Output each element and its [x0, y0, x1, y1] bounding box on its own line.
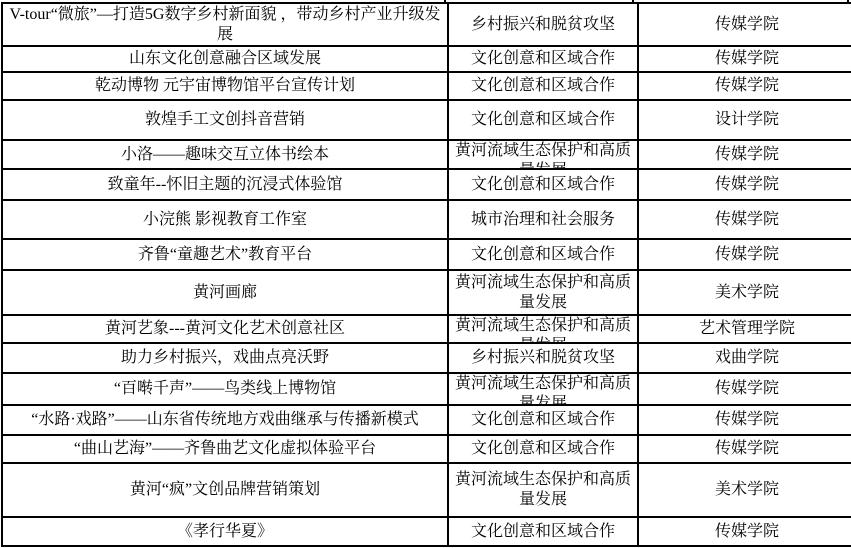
project-name: “水路·戏路”——山东省传统地方戏曲继承与传播新模式 — [31, 410, 419, 430]
project-name: V-tour“微旅”—打造5G数字乡村新面貌 ，带动乡村产业升级发展 — [5, 5, 445, 45]
project-cell: 黄河“疯”文创品牌营销策划 — [2, 463, 448, 517]
college-cell: 传媒学院 — [638, 46, 851, 72]
category-cell: 文化创意和区域合作 — [448, 435, 638, 463]
project-name: “曲山艺海”——齐鲁曲艺文化虚拟体验平台 — [74, 439, 376, 459]
category-cell: 文化创意和区域合作 — [448, 405, 638, 435]
college-cell: 传媒学院 — [638, 239, 851, 270]
college-label: 美术学院 — [715, 283, 779, 303]
college-label: 美术学院 — [715, 480, 779, 500]
table-row: 山东文化创意融合区域发展 文化创意和区域合作 传媒学院 — [2, 46, 851, 72]
category-label: 文化创意和区域合作 — [471, 522, 615, 542]
project-cell: 黄河艺象---黄河文化艺术创意社区 — [2, 315, 448, 343]
project-name: 黄河画廊 — [193, 283, 257, 303]
table-row: “水路·戏路”——山东省传统地方戏曲继承与传播新模式 文化创意和区域合作 传媒学… — [2, 405, 851, 435]
project-name: 齐鲁“童趣艺术”教育平台 — [138, 245, 312, 265]
category-label: 乡村振兴和脱贫攻坚 — [471, 348, 615, 368]
table-row: 《孝行华夏》 文化创意和区域合作 传媒学院 — [2, 517, 851, 546]
category-cell: 城市治理和社会服务 — [448, 200, 638, 239]
college-cell: 传媒学院 — [638, 517, 851, 546]
project-cell: 齐鲁“童趣艺术”教育平台 — [2, 239, 448, 270]
table-row: 敦煌手工文创抖音营销 文化创意和区域合作 设计学院 — [2, 100, 851, 140]
category-cell: 黄河流域生态保护和高质量发展 — [448, 463, 638, 517]
college-label: 传媒学院 — [715, 210, 779, 230]
category-label: 文化创意和区域合作 — [471, 175, 615, 195]
category-cell: 文化创意和区域合作 — [448, 100, 638, 140]
project-name: “百啭千声”——鸟类线上博物馆 — [114, 379, 336, 399]
table-row: 小浣熊 影视教育工作室 城市治理和社会服务 传媒学院 — [2, 200, 851, 239]
project-name: 小洛——趣味交互立体书绘本 — [121, 145, 329, 165]
college-label: 传媒学院 — [715, 522, 779, 542]
category-label: 文化创意和区域合作 — [471, 76, 615, 96]
project-cell: 致童年--怀旧主题的沉浸式体验馆 — [2, 169, 448, 200]
project-name: 黄河艺象---黄河文化艺术创意社区 — [105, 319, 345, 339]
project-cell: “百啭千声”——鸟类线上博物馆 — [2, 373, 448, 405]
college-label: 传媒学院 — [715, 379, 779, 399]
college-cell: 传媒学院 — [638, 3, 851, 46]
college-label: 传媒学院 — [715, 49, 779, 69]
project-name: 致童年--怀旧主题的沉浸式体验馆 — [108, 175, 343, 195]
category-cell: 文化创意和区域合作 — [448, 239, 638, 270]
college-cell: 传媒学院 — [638, 435, 851, 463]
project-cell: 山东文化创意融合区域发展 — [2, 46, 448, 72]
project-cell: 黄河画廊 — [2, 270, 448, 315]
table-row: 黄河画廊 黄河流域生态保护和高质量发展 美术学院 — [2, 270, 851, 315]
category-label: 乡村振兴和脱贫攻坚 — [471, 15, 615, 35]
college-cell: 美术学院 — [638, 270, 851, 315]
college-label: 传媒学院 — [715, 15, 779, 35]
category-cell: 文化创意和区域合作 — [448, 169, 638, 200]
table-row: 黄河艺象---黄河文化艺术创意社区 黄河流域生态保护和高质量发展 艺术管理学院 — [2, 315, 851, 343]
category-label: 黄河流域生态保护和高质量发展 — [451, 141, 635, 168]
category-cell: 黄河流域生态保护和高质量发展 — [448, 270, 638, 315]
project-name: 敦煌手工文创抖音营销 — [145, 110, 305, 130]
table-row: 乾动博物 元宇宙博物馆平台宣传计划 文化创意和区域合作 传媒学院 — [2, 72, 851, 100]
project-cell: 敦煌手工文创抖音营销 — [2, 100, 448, 140]
college-cell: 传媒学院 — [638, 169, 851, 200]
category-label: 黄河流域生态保护和高质量发展 — [451, 273, 635, 313]
college-label: 传媒学院 — [715, 145, 779, 165]
category-label: 城市治理和社会服务 — [471, 210, 615, 230]
table-row: “百啭千声”——鸟类线上博物馆 黄河流域生态保护和高质量发展 传媒学院 — [2, 373, 851, 405]
project-name: 黄河“疯”文创品牌营销策划 — [130, 480, 320, 500]
college-label: 传媒学院 — [715, 175, 779, 195]
project-cell: 小洛——趣味交互立体书绘本 — [2, 140, 448, 169]
table-row: 小洛——趣味交互立体书绘本 黄河流域生态保护和高质量发展 传媒学院 — [2, 140, 851, 169]
project-cell: V-tour“微旅”—打造5G数字乡村新面貌 ，带动乡村产业升级发展 — [2, 3, 448, 46]
category-cell: 文化创意和区域合作 — [448, 46, 638, 72]
college-cell: 传媒学院 — [638, 405, 851, 435]
college-label: 戏曲学院 — [715, 348, 779, 368]
category-label: 文化创意和区域合作 — [471, 110, 615, 130]
college-label: 传媒学院 — [715, 76, 779, 96]
table-row: V-tour“微旅”—打造5G数字乡村新面貌 ，带动乡村产业升级发展 乡村振兴和… — [2, 3, 851, 46]
college-label: 传媒学院 — [715, 410, 779, 430]
project-cell: “曲山艺海”——齐鲁曲艺文化虚拟体验平台 — [2, 435, 448, 463]
category-label: 文化创意和区域合作 — [471, 439, 615, 459]
project-name: 小浣熊 影视教育工作室 — [143, 210, 307, 230]
projects-table: V-tour“微旅”—打造5G数字乡村新面貌 ，带动乡村产业升级发展 乡村振兴和… — [1, 2, 851, 547]
college-cell: 传媒学院 — [638, 200, 851, 239]
college-cell: 艺术管理学院 — [638, 315, 851, 343]
category-cell: 黄河流域生态保护和高质量发展 — [448, 373, 638, 405]
category-label: 黄河流域生态保护和高质量发展 — [451, 470, 635, 510]
category-cell: 黄河流域生态保护和高质量发展 — [448, 140, 638, 169]
project-name: 《孝行华夏》 — [177, 522, 273, 542]
college-cell: 传媒学院 — [638, 140, 851, 169]
project-cell: 助力乡村振兴，戏曲点亮沃野 — [2, 343, 448, 373]
table-row: 致童年--怀旧主题的沉浸式体验馆 文化创意和区域合作 传媒学院 — [2, 169, 851, 200]
category-label: 文化创意和区域合作 — [471, 245, 615, 265]
project-name: 乾动博物 元宇宙博物馆平台宣传计划 — [95, 76, 355, 96]
table-row: 齐鲁“童趣艺术”教育平台 文化创意和区域合作 传媒学院 — [2, 239, 851, 270]
project-name: 山东文化创意融合区域发展 — [129, 49, 321, 69]
college-cell: 传媒学院 — [638, 373, 851, 405]
college-label: 设计学院 — [715, 110, 779, 130]
table-row: 黄河“疯”文创品牌营销策划 黄河流域生态保护和高质量发展 美术学院 — [2, 463, 851, 517]
category-cell: 乡村振兴和脱贫攻坚 — [448, 343, 638, 373]
college-cell: 美术学院 — [638, 463, 851, 517]
category-cell: 黄河流域生态保护和高质量发展 — [448, 315, 638, 343]
category-label: 文化创意和区域合作 — [471, 49, 615, 69]
table-row: “曲山艺海”——齐鲁曲艺文化虚拟体验平台 文化创意和区域合作 传媒学院 — [2, 435, 851, 463]
table-row: 助力乡村振兴，戏曲点亮沃野 乡村振兴和脱贫攻坚 戏曲学院 — [2, 343, 851, 373]
college-label: 传媒学院 — [715, 245, 779, 265]
project-cell: 乾动博物 元宇宙博物馆平台宣传计划 — [2, 72, 448, 100]
project-cell: 小浣熊 影视教育工作室 — [2, 200, 448, 239]
category-cell: 文化创意和区域合作 — [448, 517, 638, 546]
project-cell: “水路·戏路”——山东省传统地方戏曲继承与传播新模式 — [2, 405, 448, 435]
college-label: 传媒学院 — [715, 439, 779, 459]
college-label: 艺术管理学院 — [699, 319, 795, 339]
college-cell: 传媒学院 — [638, 72, 851, 100]
category-cell: 文化创意和区域合作 — [448, 72, 638, 100]
project-name: 助力乡村振兴，戏曲点亮沃野 — [121, 348, 329, 368]
category-label: 文化创意和区域合作 — [471, 410, 615, 430]
category-cell: 乡村振兴和脱贫攻坚 — [448, 3, 638, 46]
project-cell: 《孝行华夏》 — [2, 517, 448, 546]
category-label: 黄河流域生态保护和高质量发展 — [451, 374, 635, 404]
college-cell: 戏曲学院 — [638, 343, 851, 373]
college-cell: 设计学院 — [638, 100, 851, 140]
category-label: 黄河流域生态保护和高质量发展 — [451, 316, 635, 342]
